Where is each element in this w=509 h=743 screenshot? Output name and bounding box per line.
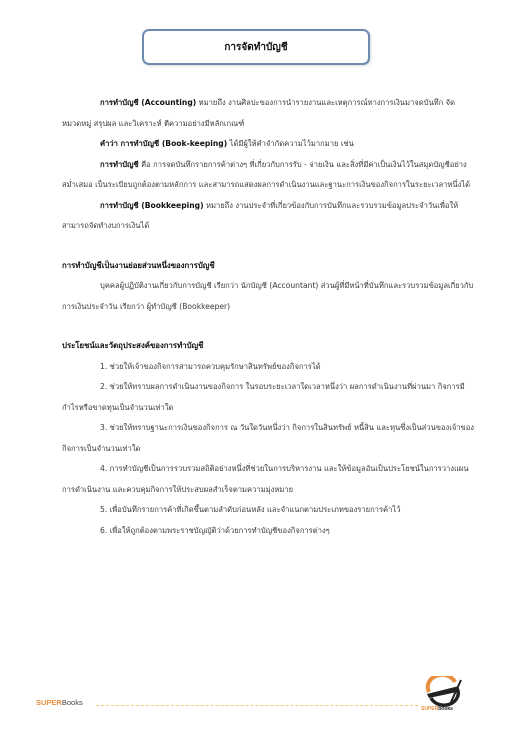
paragraph-bookkeeping-def1: การทำบัญชี คือ การจดบันทึกรายการค้าต่างๆ… bbox=[62, 155, 474, 196]
term-bookkeeping: คำว่า การทำบัญชี (Book-keeping) bbox=[100, 139, 227, 148]
term-bookkeeping-en: การทำบัญชี (Bookkeeping) bbox=[100, 201, 204, 210]
section-text-subset: บุคคลผู้ปฏิบัติงานเกี่ยวกับการบัญชี เรีย… bbox=[62, 276, 474, 317]
footer-divider bbox=[96, 705, 418, 706]
section-heading-benefits: ประโยชน์และวัตถุประสงค์ของการทำบัญชี bbox=[62, 336, 474, 357]
list-item: 6. เพื่อให้ถูกต้องตามพระราชบัญญัติว่าด้ว… bbox=[62, 521, 474, 542]
section-heading-subset: การทำบัญชีเป็นงานย่อยส่วนหนึ่งของการบัญช… bbox=[62, 256, 474, 277]
document-body: การทำบัญชี (Accounting) หมายถึง งานศิลปะ… bbox=[62, 93, 474, 541]
paragraph-accounting: การทำบัญชี (Accounting) หมายถึง งานศิลปะ… bbox=[62, 93, 474, 134]
list-item: 1. ช่วยให้เจ้าของกิจการสามารถควบคุมรักษา… bbox=[62, 357, 474, 378]
page-title: การจัดทำบัญชี bbox=[224, 40, 287, 55]
term-accounting: การทำบัญชี (Accounting) bbox=[100, 98, 196, 107]
term-bookkeeping-short: การทำบัญชี bbox=[100, 160, 139, 169]
logo-wordmark: SUPERbooks bbox=[421, 706, 453, 712]
list-item: 5. เพื่อบันทึกรายการค้าที่เกิดขึ้นตามลำด… bbox=[62, 500, 474, 521]
list-item: 2. ช่วยให้ทราบผลการดำเนินงานของกิจการ ใน… bbox=[62, 377, 474, 418]
page-footer: SUPERBooks SUPERbooks bbox=[36, 696, 476, 718]
footer-brand: SUPERBooks bbox=[36, 698, 83, 707]
paragraph-bookkeeping-def2: การทำบัญชี (Bookkeeping) หมายถึง งานประจ… bbox=[62, 196, 474, 237]
swoosh-logo-icon bbox=[421, 676, 465, 708]
superbooks-logo: SUPERbooks bbox=[421, 676, 473, 718]
title-box: การจัดทำบัญชี bbox=[142, 29, 370, 65]
definition-text: ได้มีผู้ให้คำจำกัดความไว้มากมาย เช่น bbox=[227, 139, 354, 148]
list-item: 3. ช่วยให้ทราบฐานะการเงินของกิจการ ณ วัน… bbox=[62, 418, 474, 459]
paragraph-bookkeeping-intro: คำว่า การทำบัญชี (Book-keeping) ได้มีผู้… bbox=[62, 134, 474, 155]
list-item: 4. การทำบัญชีเป็นการรวบรวมสถิติอย่างหนึ่… bbox=[62, 459, 474, 500]
